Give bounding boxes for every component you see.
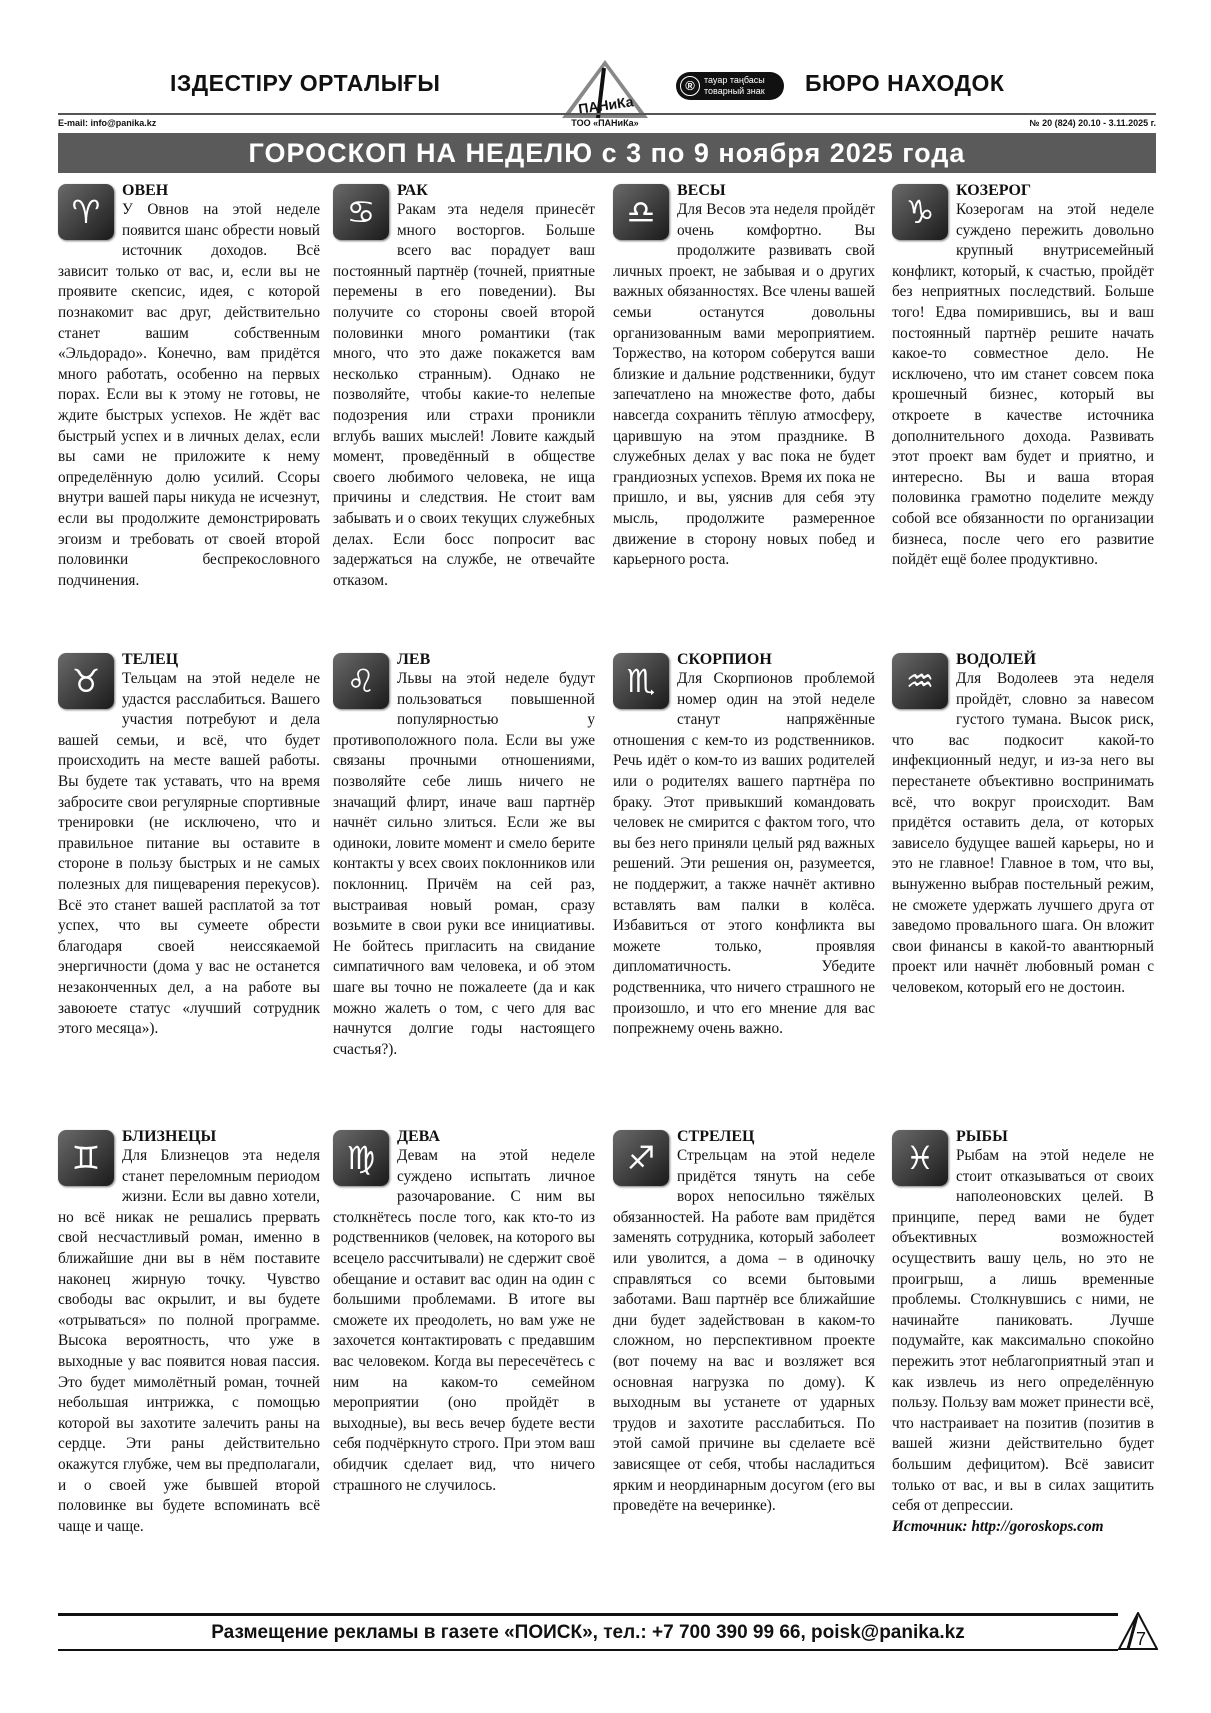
- panika-logo-icon: ПАНиКа: [560, 58, 650, 120]
- page-number-badge: 7: [1118, 1612, 1158, 1650]
- aries-icon: ♈: [58, 184, 114, 240]
- capricorn-icon: ♑: [892, 184, 948, 240]
- leo-icon: ♌: [333, 653, 389, 709]
- sign-taurus: ♉ ТЕЛЕЦ Тельцам на этой неделе не удастс…: [58, 651, 320, 1128]
- trademark-kz: тауар таңбасы: [704, 75, 765, 85]
- sign-cancer: ♋ РАК Ракам эта неделя принесёт много во…: [333, 182, 595, 651]
- registered-icon: ®: [680, 76, 700, 96]
- sign-libra: ♎ ВЕСЫ Для Весов эта неделя пройдёт очен…: [613, 182, 875, 651]
- ad-footer: Размещение рекламы в газете «ПОИСК», тел…: [58, 1613, 1118, 1651]
- sign-scorpio: ♏ СКОРПИОН Для Скорпионов проблемой номе…: [613, 651, 875, 1128]
- sign-text: Для Близнецов эта неделя станет переломн…: [58, 1146, 320, 1537]
- sign-aquarius: ♒ ВОДОЛЕЙ Для Водолеев эта неделя пройдё…: [892, 651, 1154, 1128]
- cancer-icon: ♋: [333, 184, 389, 240]
- sign-text: Львы на этой неделе будут пользоваться п…: [333, 669, 595, 1060]
- column-4: ♑ КОЗЕРОГ Козерогам на этой неделе сужде…: [892, 182, 1154, 1537]
- sign-text: Рыбам на этой неделе не стоит отказывать…: [892, 1146, 1154, 1517]
- masthead-title-kz: ІЗДЕСТІРУ ОРТАЛЫҒЫ: [170, 70, 440, 97]
- email-link[interactable]: E-mail: info@panika.kz: [58, 118, 156, 128]
- gemini-icon: ♊: [58, 1130, 114, 1186]
- sign-text: Девам на этой неделе суждено испытать ли…: [333, 1146, 595, 1496]
- sign-capricorn: ♑ КОЗЕРОГ Козерогам на этой неделе сужде…: [892, 182, 1154, 651]
- libra-icon: ♎: [613, 184, 669, 240]
- virgo-icon: ♍: [333, 1130, 389, 1186]
- sign-sagittarius: ♐ СТРЕЛЕЦ Стрельцам на этой неделе придё…: [613, 1128, 875, 1517]
- header-divider: [58, 113, 1156, 115]
- trademark-badge: ® тауар таңбасытоварный знак: [676, 72, 784, 100]
- sign-aries: ♈ ОВЕН У Овнов на этой неделе появится ш…: [58, 182, 320, 651]
- pisces-icon: ♓: [892, 1130, 948, 1186]
- sign-text: Тельцам на этой неделе не удастся рассла…: [58, 669, 320, 1040]
- taurus-icon: ♉: [58, 653, 114, 709]
- masthead: ІЗДЕСТІРУ ОРТАЛЫҒЫ ПАНиКа ® тауар таңбас…: [0, 0, 1211, 180]
- sign-text: Козерогам на этой неделе суждено пережит…: [892, 200, 1154, 571]
- sign-leo: ♌ ЛЕВ Львы на этой неделе будут пользова…: [333, 651, 595, 1128]
- trademark-ru: товарный знак: [704, 86, 765, 96]
- page-number: 7: [1136, 1629, 1146, 1649]
- sign-text: Ракам эта неделя принесёт много восторго…: [333, 200, 595, 591]
- company-name: ТОО «ПАНиКа»: [560, 118, 650, 128]
- masthead-title-ru: БЮРО НАХОДОК: [805, 70, 1004, 97]
- sign-text: Стрельцам на этой неделе придётся тянуть…: [613, 1146, 875, 1517]
- sign-text: Для Весов эта неделя пройдёт очень комфо…: [613, 200, 875, 571]
- sign-text: У Овнов на этой неделе появится шанс обр…: [58, 200, 320, 591]
- sign-pisces: ♓ РЫБЫ Рыбам на этой неделе не стоит отк…: [892, 1128, 1154, 1537]
- source-link[interactable]: Источник: http://goroskops.com: [892, 1517, 1154, 1538]
- scorpio-icon: ♏: [613, 653, 669, 709]
- page-title: ГОРОСКОП НА НЕДЕЛЮ с 3 по 9 ноября 2025 …: [58, 133, 1156, 173]
- sign-text: Для Водолеев эта неделя пройдёт, словно …: [892, 669, 1154, 999]
- column-1: ♈ ОВЕН У Овнов на этой неделе появится ш…: [58, 182, 320, 1537]
- column-2: ♋ РАК Ракам эта неделя принесёт много во…: [333, 182, 595, 1496]
- issue-info: № 20 (824) 20.10 - 3.11.2025 г.: [1030, 118, 1156, 128]
- aquarius-icon: ♒: [892, 653, 948, 709]
- sign-text: Для Скорпионов проблемой номер один на э…: [613, 669, 875, 1040]
- sagittarius-icon: ♐: [613, 1130, 669, 1186]
- column-3: ♎ ВЕСЫ Для Весов эта неделя пройдёт очен…: [613, 182, 875, 1517]
- sign-gemini: ♊ БЛИЗНЕЦЫ Для Близнецов эта неделя стан…: [58, 1128, 320, 1537]
- sign-virgo: ♍ ДЕВА Девам на этой неделе суждено испы…: [333, 1128, 595, 1496]
